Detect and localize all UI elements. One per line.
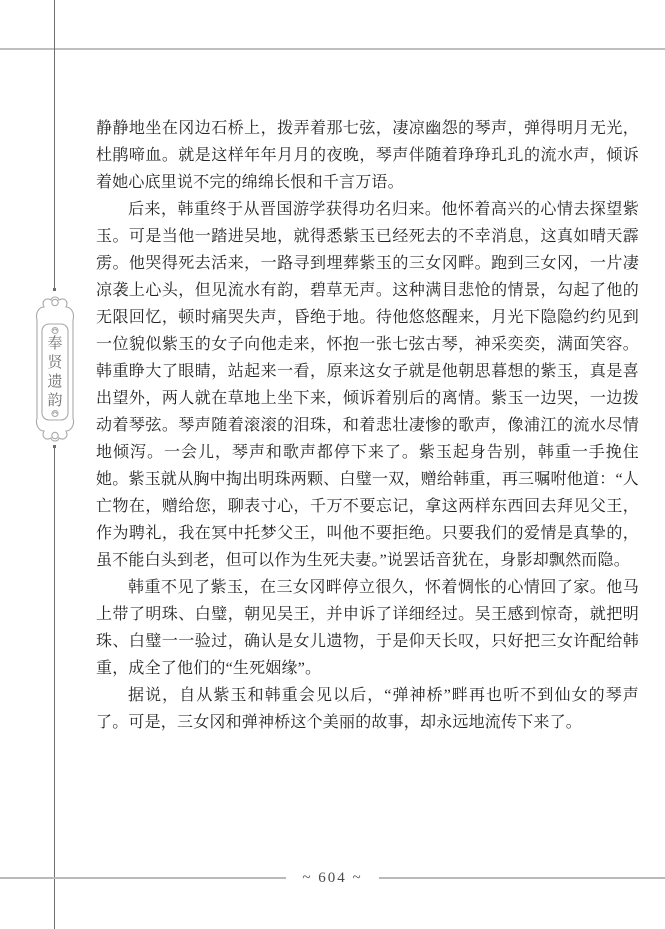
page-footer: ~ 604 ~ <box>0 868 665 888</box>
top-rule <box>0 48 665 50</box>
footer-rule-left <box>0 877 286 879</box>
paragraph-3: 韩重不见了紫玉，在三女冈畔停立很久，怀着惆怅的心情回了家。他马上带了明珠、白璧，… <box>96 574 639 682</box>
ornament-character: 贤 <box>47 354 62 373</box>
left-vertical-rule-bottom <box>54 445 55 929</box>
footer-rule-right <box>379 877 665 879</box>
paragraph-4: 据说，自从紫玉和韩重会见以后，“弹神桥”畔再也听不到仙女的琴声了。可是，三女冈和… <box>96 682 639 736</box>
ornament-character: 奉 <box>47 335 62 354</box>
left-vertical-rule-top <box>54 0 55 291</box>
ornament-title: 奉 贤 遗 韵 <box>32 335 78 411</box>
page-number: ~ 604 ~ <box>302 870 362 887</box>
paragraph-2: 后来，韩重终于从晋国游学获得功名归来。他怀着高兴的心情去探望紫玉。可是当他一踏进… <box>96 196 639 574</box>
ornament-character: 韵 <box>47 392 62 411</box>
ornament-character: 遗 <box>47 373 62 392</box>
paragraph-1: 静静地坐在冈边石桥上，拨弄着那七弦，凄凉幽怨的琴声，弹得明月无光，杜鹃啼血。就是… <box>96 115 639 196</box>
article-text: 静静地坐在冈边石桥上，拨弄着那七弦，凄凉幽怨的琴声，弹得明月无光，杜鹃啼血。就是… <box>96 115 639 736</box>
chapter-ornament: 奉 贤 遗 韵 <box>32 294 78 444</box>
